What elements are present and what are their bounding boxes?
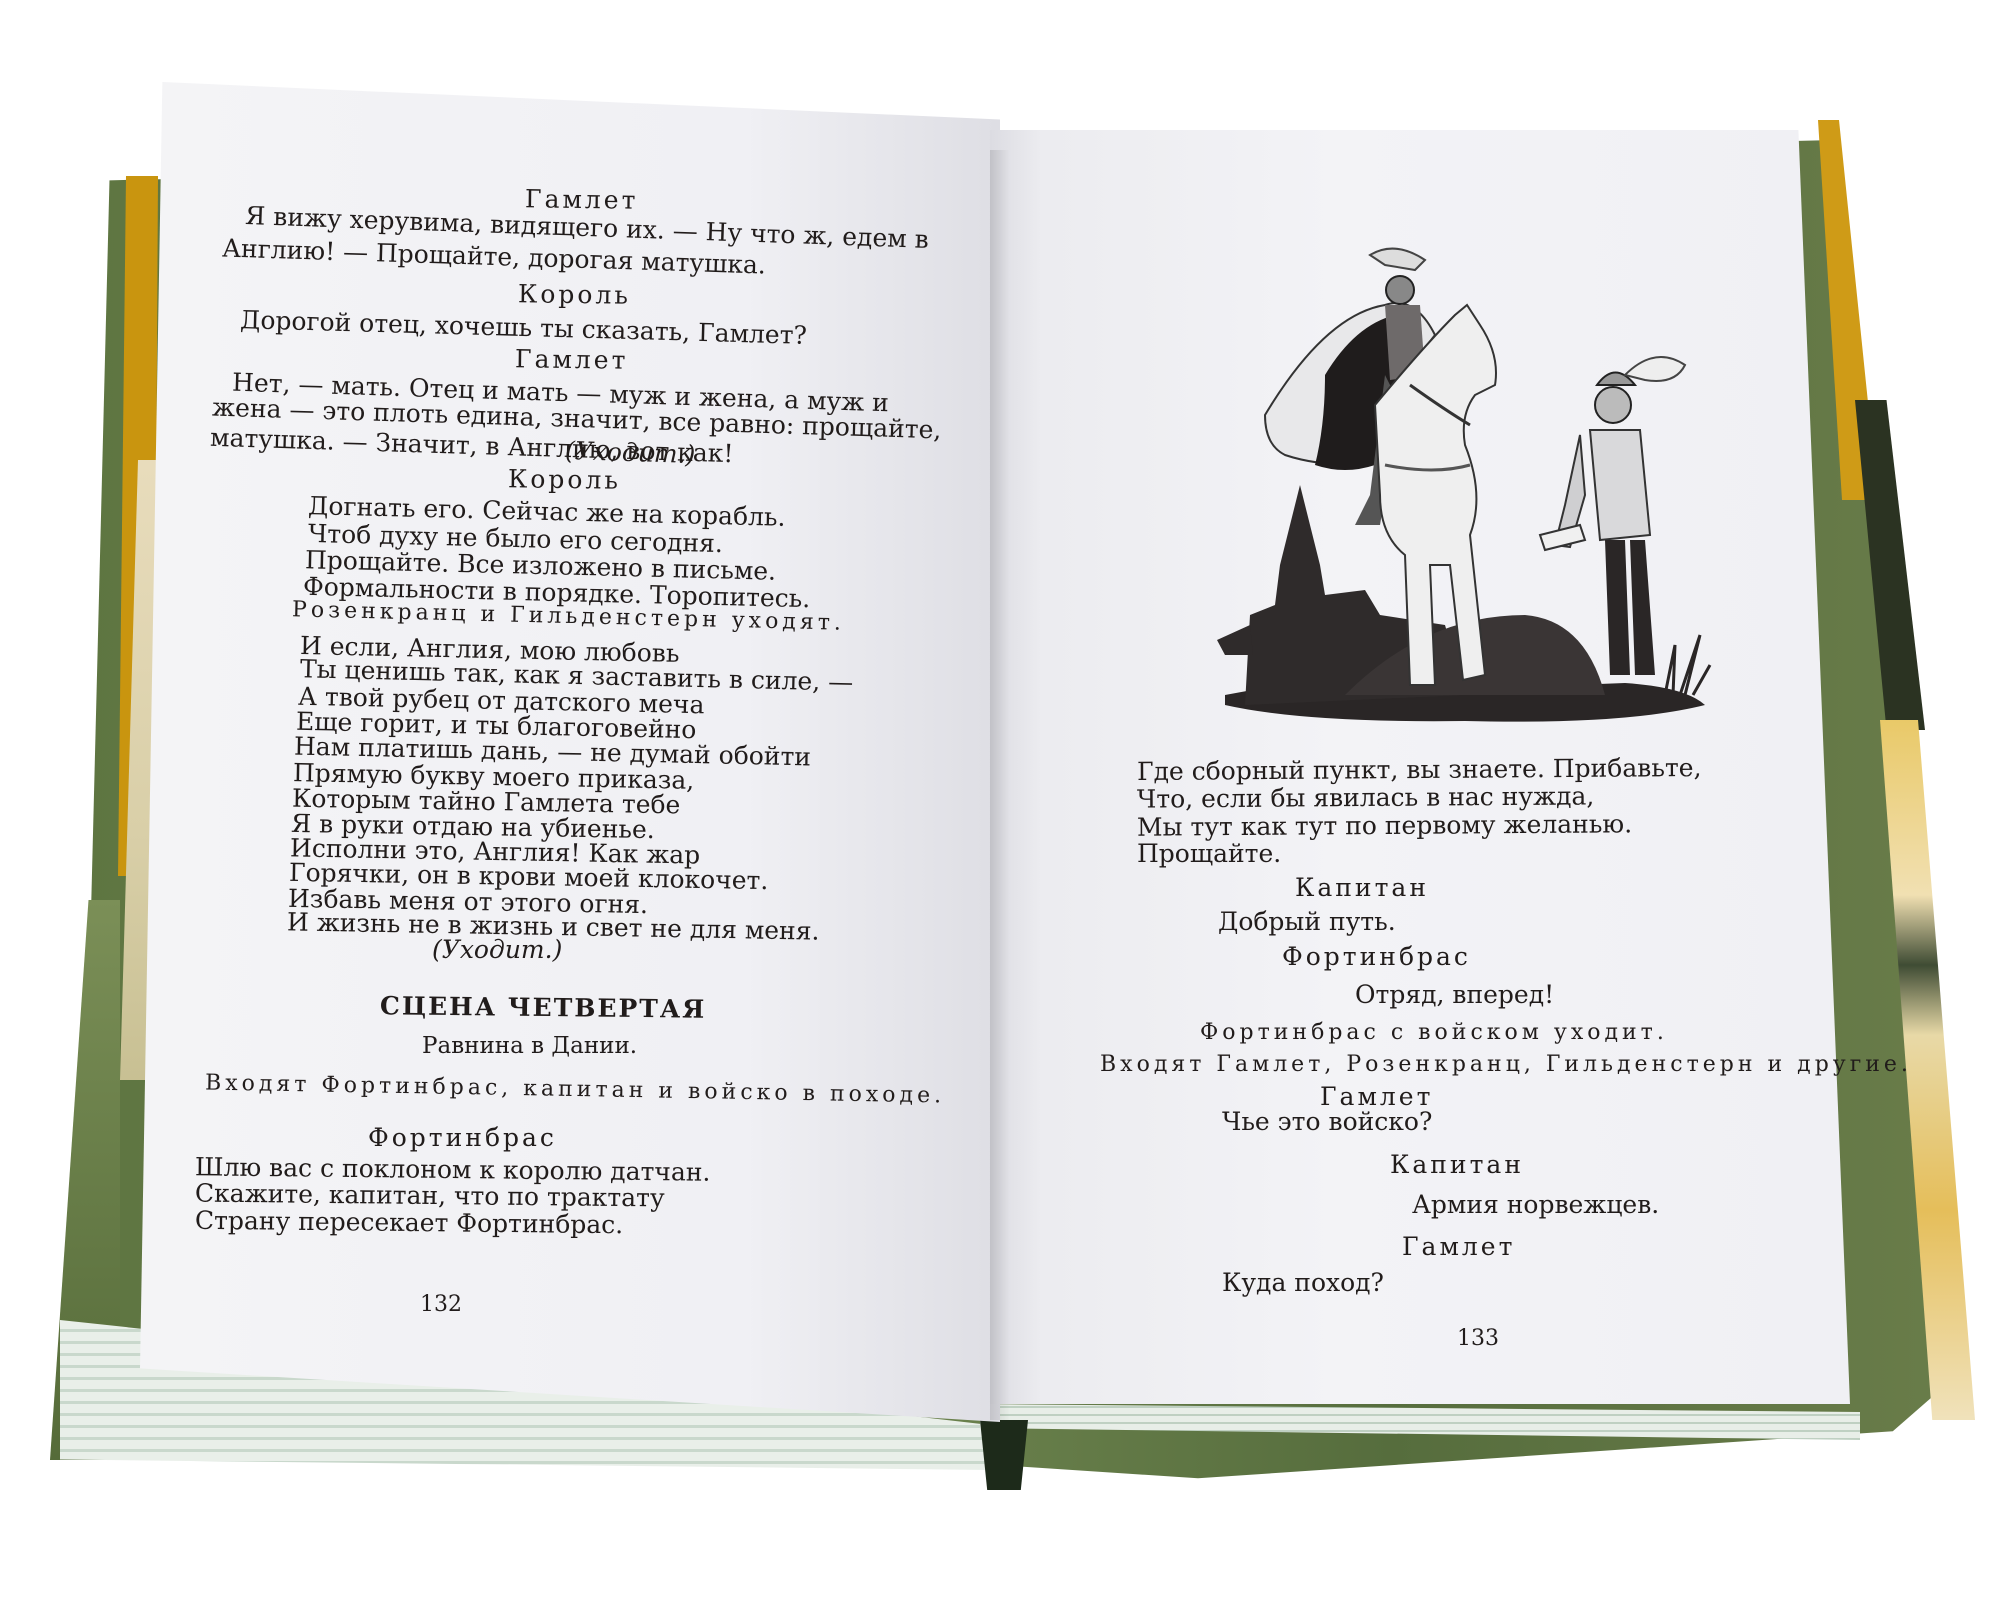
speaker-hamlet: Гамлет	[1402, 1232, 1515, 1262]
page-number-right: 133	[1457, 1324, 1499, 1354]
speaker-captain: Капитан	[1390, 1150, 1524, 1180]
speaker-fortinbras: Фортинбрас	[1282, 942, 1471, 972]
verse-line: Мы тут как тут по первому желанью.	[1137, 809, 1632, 842]
verse-line: Куда поход?	[1222, 1268, 1384, 1298]
speaker-captain: Капитан	[1295, 873, 1429, 903]
direction-exit: Фортинбрас с войском уходит.	[1200, 1018, 1668, 1048]
verse-line: Армия норвежцев.	[1412, 1190, 1659, 1220]
verse-line: Отряд, вперед!	[1355, 980, 1554, 1010]
verse-line: Добрый путь.	[1218, 907, 1396, 937]
direction-enter: Входят Гамлет, Розенкранц, Гильденстерн …	[1100, 1050, 1912, 1080]
verse-line: Чье это войско?	[1222, 1107, 1432, 1137]
right-page-text: Где сборный пункт, вы знаете. Прибавьте,…	[0, 0, 2000, 1500]
verse-line: Прощайте.	[1137, 839, 1281, 869]
